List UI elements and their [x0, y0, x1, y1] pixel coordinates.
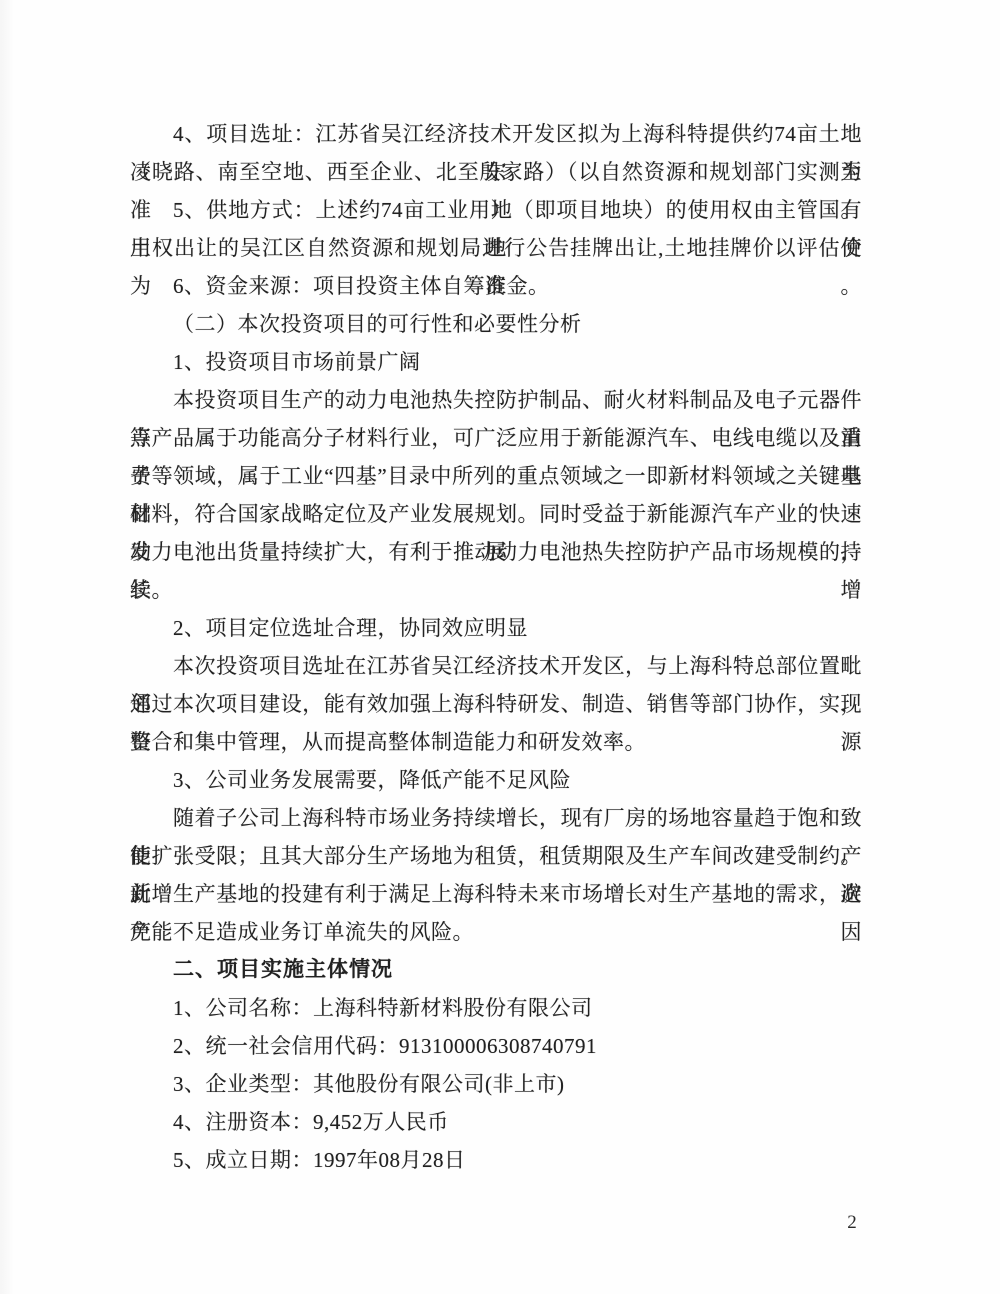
document-line: 凌晓路、南至空地、西至企业、北至殷家路）（以自然资源和规划部门实测为准）。 [130, 153, 862, 191]
document-line: 随着子公司上海科特市场业务持续增长，现有厂房的场地容量趋于饱和致使产 [130, 799, 862, 837]
text-block: 4、项目选址：江苏省吴江经济技术开发区拟为上海科特提供约74亩土地（东至凌晓路、… [130, 115, 862, 1179]
document-page: 4、项目选址：江苏省吴江经济技术开发区拟为上海科特提供约74亩土地（东至凌晓路、… [0, 0, 1000, 1294]
document-line: 1、投资项目市场前景广阔 [130, 343, 862, 381]
document-line: 5、成立日期：1997年08月28日 [130, 1141, 862, 1179]
document-line: 通过本次项目建设，能有效加强上海科特研发、制造、销售等部门协作，实现资源 [130, 685, 862, 723]
section-heading: 二、项目实施主体情况 [130, 951, 862, 989]
document-line: 3、公司业务发展需要，降低产能不足风险 [130, 761, 862, 799]
document-line: 4、注册资本：9,452万人民币 [130, 1103, 862, 1141]
document-line: 2、统一社会信用代码：913100006308740791 [130, 1027, 862, 1065]
document-line: 新增生产基地的投建有利于满足上海科特未来市场增长对生产基地的需求，避免因 [130, 875, 862, 913]
document-line: 5、供地方式：上述约74亩工业用地（即项目地块）的使用权由主管国有土地使 [130, 191, 862, 229]
document-line: 子等领域，属于工业“四基”目录中所列的重点领域之一即新材料领域之关键基础 [130, 457, 862, 495]
page-number: 2 [840, 1208, 864, 1238]
document-line: 1、公司名称：上海科特新材料股份有限公司 [130, 989, 862, 1027]
document-line: 2、项目定位选址合理，协同效应明显 [130, 609, 862, 647]
document-line: 用权出让的吴江区自然资源和规划局进行公告挂牌出让,土地挂牌价以评估价为准。 [130, 229, 862, 267]
document-line: （二）本次投资项目的可行性和必要性分析 [130, 305, 862, 343]
document-line: 本投资项目生产的动力电池热失控防护制品、耐火材料制品及电子元器件等重 [130, 381, 862, 419]
document-line: 能扩张受限；且其大部分生产场地为租赁，租赁期限及生产车间改建受制约。此次 [130, 837, 862, 875]
document-line: 3、企业类型：其他股份有限公司(非上市) [130, 1065, 862, 1103]
document-line: 点产品属于功能高分子材料行业，可广泛应用于新能源汽车、电线电缆以及消费电 [130, 419, 862, 457]
document-line: 动力电池出货量持续扩大，有利于推动动力电池热失控防护产品市场规模的持续增 [130, 533, 862, 571]
document-line: 材料，符合国家战略定位及产业发展规划。同时受益于新能源汽车产业的快速发展， [130, 495, 862, 533]
document-line: 4、项目选址：江苏省吴江经济技术开发区拟为上海科特提供约74亩土地（东至 [130, 115, 862, 153]
document-line: 本次投资项目选址在江苏省吴江经济技术开发区，与上海科特总部位置毗邻， [130, 647, 862, 685]
